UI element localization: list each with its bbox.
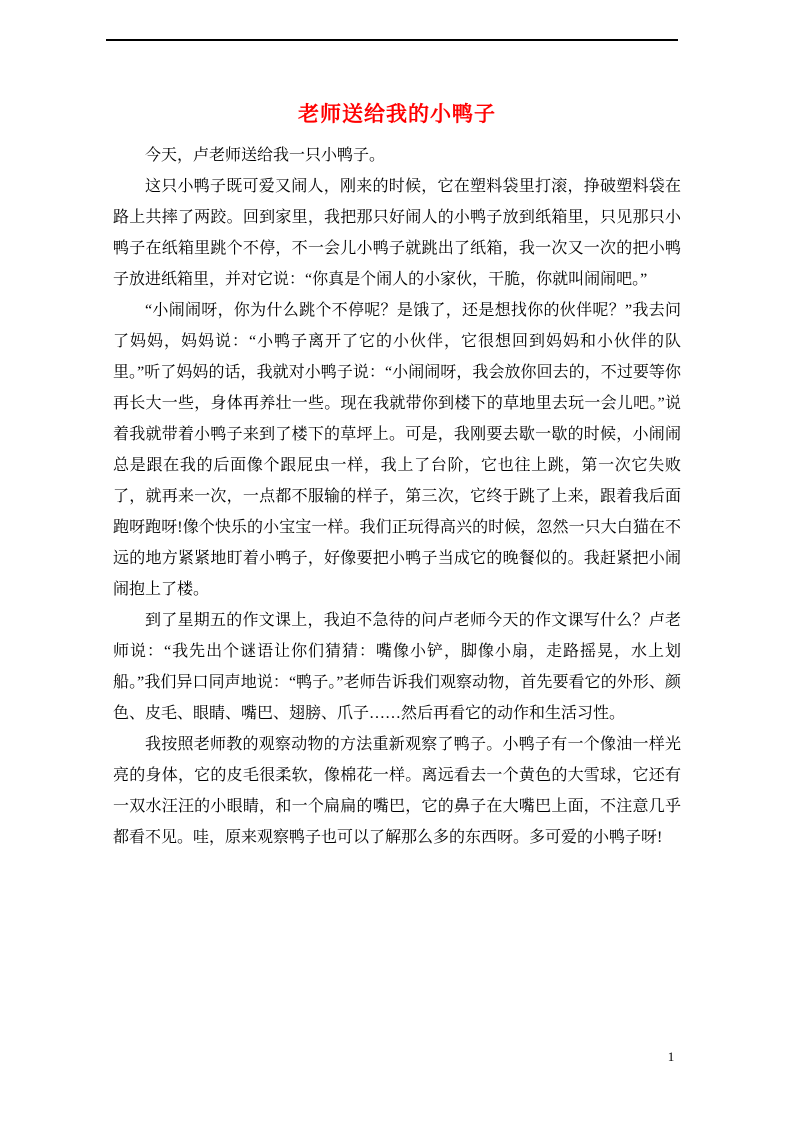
header-rule (106, 39, 678, 41)
document-title: 老师送给我的小鸭子 (113, 101, 681, 128)
document-body: 今天，卢老师送给我一只小鸭子。 这只小鸭子既可爱又闹人，刚来的时候，它在塑料袋里… (113, 140, 681, 853)
paragraph-1: 今天，卢老师送给我一只小鸭子。 (113, 140, 681, 171)
document-page: 老师送给我的小鸭子 今天，卢老师送给我一只小鸭子。 这只小鸭子既可爱又闹人，刚来… (0, 0, 794, 1123)
paragraph-4: 到了星期五的作文课上，我迫不急待的问卢老师今天的作文课写什么？卢老师说：“我先出… (113, 605, 681, 729)
paragraph-2: 这只小鸭子既可爱又闹人，刚来的时候，它在塑料袋里打滚，挣破塑料袋在路上共摔了两跤… (113, 171, 681, 295)
page-number: 1 (664, 1049, 678, 1064)
paragraph-5: 我按照老师教的观察动物的方法重新观察了鸭子。小鸭子有一个像油一样光亮的身体，它的… (113, 729, 681, 853)
paragraph-3: “小闹闹呀，你为什么跳个不停呢？是饿了，还是想找你的伙伴呢？”我去问了妈妈，妈妈… (113, 295, 681, 605)
